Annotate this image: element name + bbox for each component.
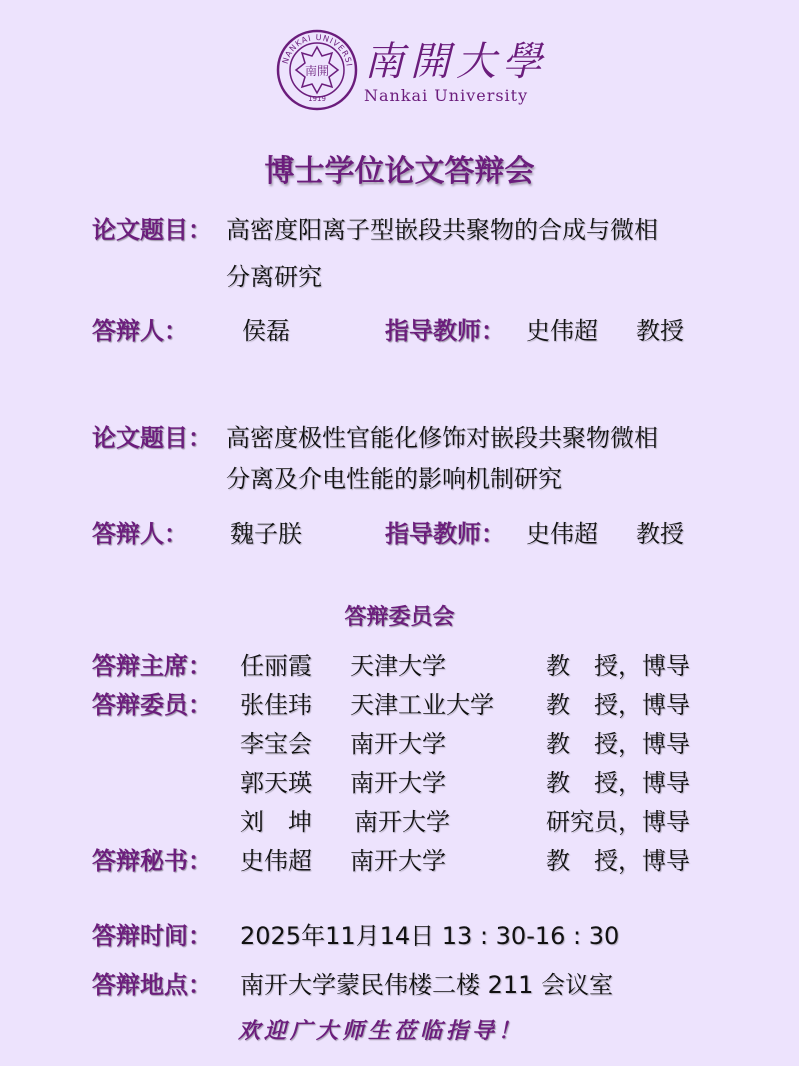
svg-text:南開: 南開 xyxy=(305,63,329,78)
advisor-title: 教授 xyxy=(636,311,684,346)
page-title: 博士学位论文答辩会 xyxy=(0,146,799,190)
advisor-title: 教授 xyxy=(636,514,684,549)
committee-org: 南开大学 xyxy=(350,763,446,798)
place-value: 南开大学蒙民伟楼二楼 211 会议室 xyxy=(240,965,613,1000)
advisor-label: 指导教师： xyxy=(385,514,505,549)
logo-chinese-name: 南開大學 xyxy=(364,30,548,87)
welcome-message: 欢迎广大师生莅临指导！ xyxy=(238,1014,524,1045)
committee-title: 教 授，博导 xyxy=(546,646,690,681)
advisor-name: 史伟超 xyxy=(526,514,598,549)
committee-name: 史伟超 xyxy=(240,841,312,876)
topic-line-1: 高密度极性官能化修饰对嵌段共聚物微相 xyxy=(226,418,658,453)
university-seal-icon: NANKAI UNIVERSITY 1919 南開 xyxy=(276,29,358,111)
topic-line-1: 高密度阳离子型嵌段共聚物的合成与微相 xyxy=(226,210,658,245)
committee-name: 任丽霞 xyxy=(240,646,312,681)
committee-title: 教 授，博导 xyxy=(546,763,690,798)
committee-org: 南开大学 xyxy=(350,724,446,759)
committee-name: 刘 坤 xyxy=(240,802,312,837)
candidate-label: 答辩人： xyxy=(92,514,188,549)
committee-role: 答辩主席： xyxy=(92,646,212,681)
topic-label: 论文题目： xyxy=(92,210,212,245)
committee-role: 答辩委员： xyxy=(92,685,212,720)
committee-name: 李宝会 xyxy=(240,724,312,759)
committee-role: 答辩秘书： xyxy=(92,841,212,876)
time-label: 答辩时间： xyxy=(92,916,212,951)
committee-title: 教 授，博导 xyxy=(546,841,690,876)
committee-org: 南开大学 xyxy=(354,802,450,837)
topic-line-2: 分离及介电性能的影响机制研究 xyxy=(226,459,562,494)
time-value: 2025年11月14日 13 : 30-16 : 30 xyxy=(240,916,619,951)
committee-org: 天津工业大学 xyxy=(350,685,494,720)
advisor-label: 指导教师： xyxy=(385,311,505,346)
committee-name: 郭天瑛 xyxy=(240,763,312,798)
advisor-name: 史伟超 xyxy=(526,311,598,346)
place-label: 答辩地点： xyxy=(92,965,212,1000)
committee-org: 南开大学 xyxy=(350,841,446,876)
topic-line-2: 分离研究 xyxy=(226,257,322,292)
svg-text:1919: 1919 xyxy=(308,95,326,103)
candidate-name: 魏子朕 xyxy=(230,514,302,549)
committee-org: 天津大学 xyxy=(350,646,446,681)
committee-title: 教 授，博导 xyxy=(546,724,690,759)
logo-english-name: Nankai University xyxy=(364,86,528,105)
candidate-label: 答辩人： xyxy=(92,311,188,346)
committee-heading: 答辩委员会 xyxy=(0,600,799,631)
committee-title: 教 授，博导 xyxy=(546,685,690,720)
committee-name: 张佳玮 xyxy=(240,685,312,720)
candidate-name: 侯磊 xyxy=(242,311,290,346)
committee-title: 研究员，博导 xyxy=(546,802,690,837)
topic-label: 论文题目： xyxy=(92,418,212,453)
